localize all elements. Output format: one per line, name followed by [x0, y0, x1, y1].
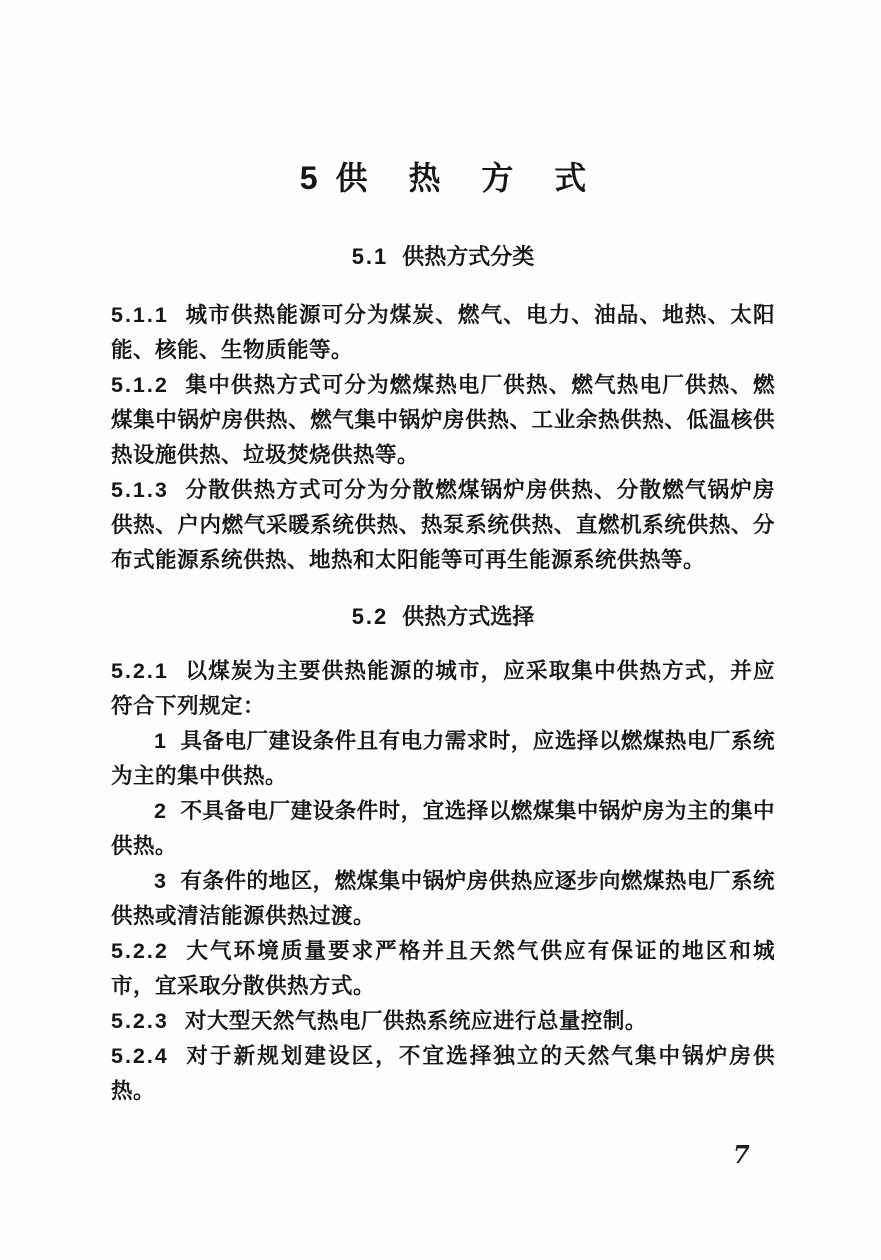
clause-5-2-1-item-2: 2不具备电厂建设条件时，宜选择以燃煤集中锅炉房为主的集中供热。 [111, 794, 775, 864]
page-content: 5供 热 方 式 5.1供热方式分类 5.1.1城市供热能源可分为煤炭、燃气、电… [111, 0, 775, 1109]
item-number: 3 [154, 869, 166, 893]
clause-text: 分散供热方式可分为分散燃煤锅炉房供热、分散燃气锅炉房供热、户内燃气采暖系统供热、… [111, 478, 775, 572]
item-text: 不具备电厂建设条件时，宜选择以燃煤集中锅炉房为主的集中供热。 [111, 799, 775, 858]
section-number: 5.2 [352, 604, 389, 629]
clause-5-1-1: 5.1.1城市供热能源可分为煤炭、燃气、电力、油品、地热、太阳能、核能、生物质能… [111, 298, 775, 368]
item-text: 具备电厂建设条件且有电力需求时，应选择以燃煤热电厂系统为主的集中供热。 [111, 729, 775, 788]
clause-number: 5.2.2 [111, 939, 169, 963]
clause-5-1-3: 5.1.3分散供热方式可分为分散燃煤锅炉房供热、分散燃气锅炉房供热、户内燃气采暖… [111, 473, 775, 578]
clause-number: 5.2.1 [111, 659, 169, 683]
section-title-text: 供热方式分类 [402, 244, 534, 269]
chapter-title: 5供 热 方 式 [111, 0, 775, 198]
clause-text: 城市供热能源可分为煤炭、燃气、电力、油品、地热、太阳能、核能、生物质能等。 [111, 303, 775, 362]
clause-5-2-1-item-3: 3有条件的地区，燃煤集中锅炉房供热应逐步向燃煤热电厂系统供热或清洁能源供热过渡。 [111, 864, 775, 934]
page-number: 7 [733, 1140, 750, 1169]
clause-5-2-4: 5.2.4对于新规划建设区，不宜选择独立的天然气集中锅炉房供热。 [111, 1039, 775, 1109]
clause-5-1-2: 5.1.2集中供热方式可分为燃煤热电厂供热、燃气热电厂供热、燃煤集中锅炉房供热、… [111, 368, 775, 473]
clause-5-2-3: 5.2.3对大型天然气热电厂供热系统应进行总量控制。 [111, 1004, 775, 1039]
clause-number: 5.2.3 [111, 1009, 169, 1033]
item-text: 有条件的地区，燃煤集中锅炉房供热应逐步向燃煤热电厂系统供热或清洁能源供热过渡。 [111, 869, 775, 928]
section-number: 5.1 [352, 244, 389, 269]
section-heading-5-1: 5.1供热方式分类 [111, 242, 775, 272]
clause-text: 集中供热方式可分为燃煤热电厂供热、燃气热电厂供热、燃煤集中锅炉房供热、燃气集中锅… [111, 373, 775, 467]
item-number: 2 [154, 799, 166, 823]
item-number: 1 [154, 729, 166, 753]
clause-number: 5.2.4 [111, 1044, 169, 1068]
clause-text: 对大型天然气热电厂供热系统应进行总量控制。 [185, 1009, 647, 1033]
section-title-text: 供热方式选择 [402, 604, 534, 629]
clause-5-2-1-item-1: 1具备电厂建设条件且有电力需求时，应选择以燃煤热电厂系统为主的集中供热。 [111, 724, 775, 794]
clause-5-2-2: 5.2.2大气环境质量要求严格并且天然气供应有保证的地区和城市，宜采取分散供热方… [111, 934, 775, 1004]
section-heading-5-2: 5.2供热方式选择 [111, 602, 775, 632]
clause-text: 以煤炭为主要供热能源的城市，应采取集中供热方式，并应符合下列规定： [111, 659, 775, 718]
clause-text: 对于新规划建设区，不宜选择独立的天然气集中锅炉房供热。 [111, 1044, 775, 1103]
clause-text: 大气环境质量要求严格并且天然气供应有保证的地区和城市，宜采取分散供热方式。 [111, 939, 775, 998]
chapter-number: 5 [300, 160, 318, 196]
clause-5-2-1: 5.2.1以煤炭为主要供热能源的城市，应采取集中供热方式，并应符合下列规定： [111, 654, 775, 724]
document-page: 5供 热 方 式 5.1供热方式分类 5.1.1城市供热能源可分为煤炭、燃气、电… [0, 0, 881, 1260]
clause-number: 5.1.2 [111, 373, 169, 397]
chapter-title-text: 供 热 方 式 [336, 160, 603, 196]
clause-number: 5.1.1 [111, 303, 169, 327]
clause-number: 5.1.3 [111, 478, 169, 502]
